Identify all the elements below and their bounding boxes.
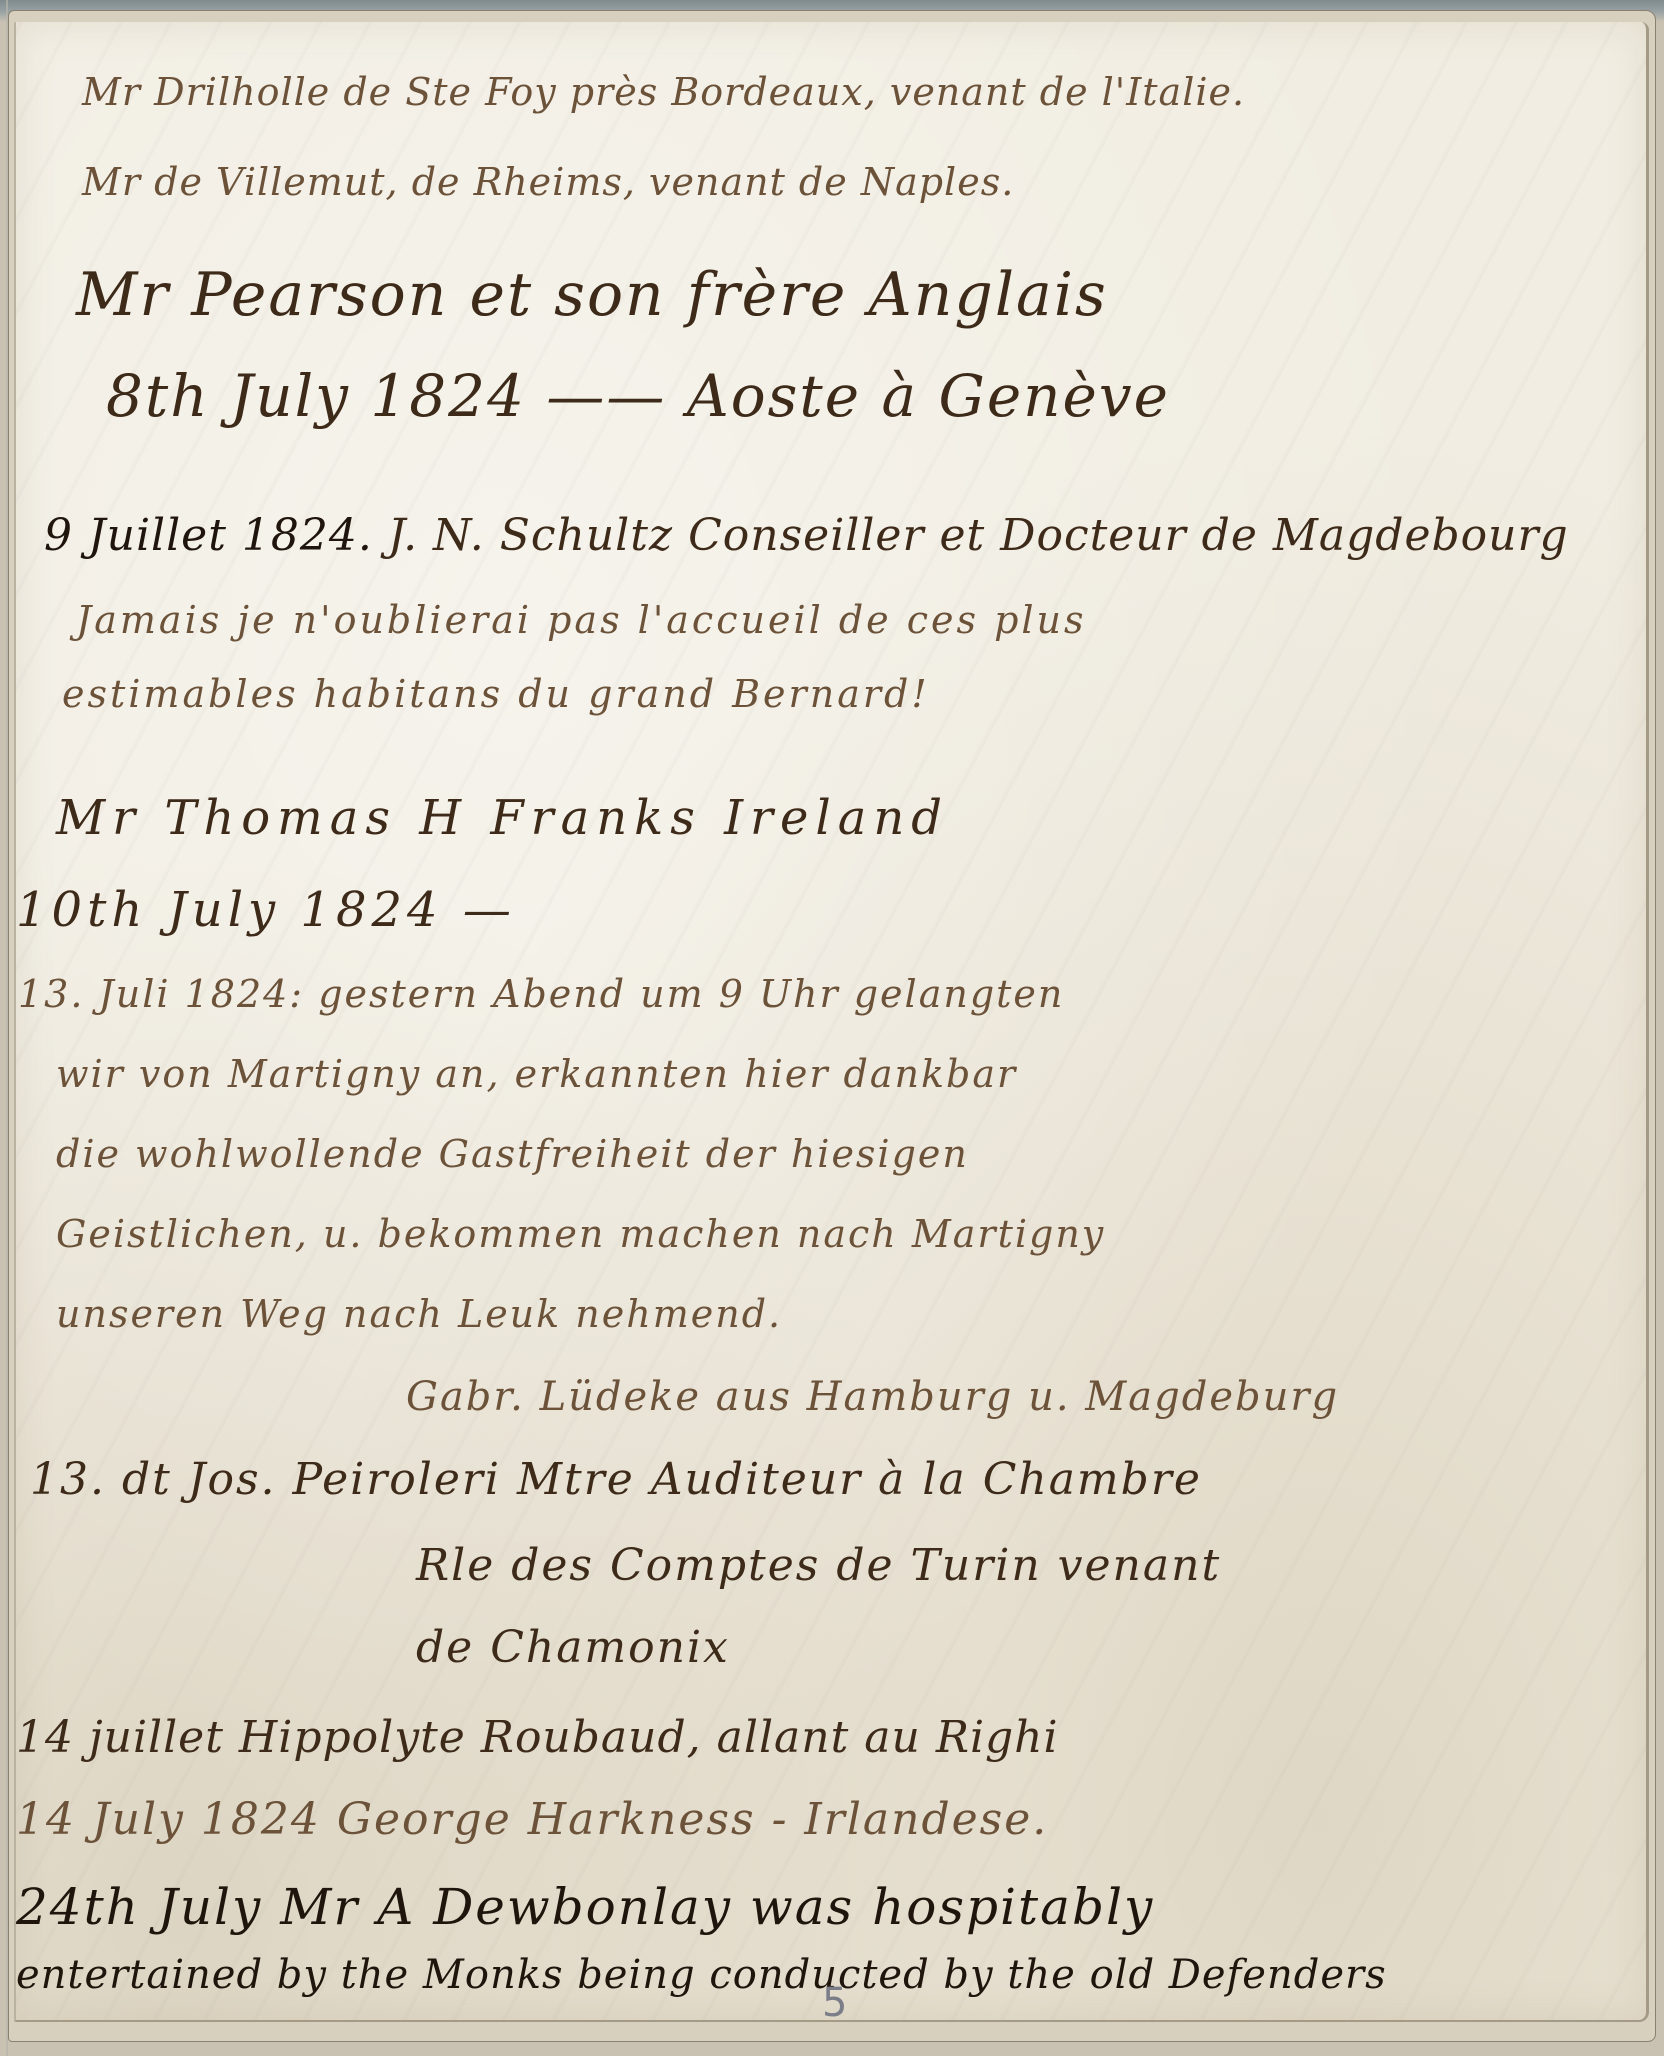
entry-text: Jamais je n'oublierai pas l'accueil de c…	[76, 598, 1087, 642]
entry-schultz-note-2: estimables habitans du grand Bernard!	[62, 672, 930, 716]
entry-text: Jos. Peiroleri Mtre Auditeur à la Chambr…	[188, 1454, 1202, 1505]
entry-text: Mr Drilholle de Ste Foy près Bordeaux, v…	[82, 70, 1245, 114]
entry-text: Gabr. Lüdeke aus Hamburg u. Magdeburg	[406, 1374, 1339, 1420]
page-number: 5	[822, 1980, 847, 2026]
entry-text: Rle des Comptes de Turin venant	[416, 1540, 1221, 1591]
entry-text: de Chamonix	[416, 1622, 730, 1673]
manuscript-scan: Mr Drilholle de Ste Foy près Bordeaux, v…	[0, 0, 1664, 2056]
entry-date: 13. Juli 1824:	[18, 972, 304, 1016]
entry-text: wir von Martigny an, erkannten hier dank…	[56, 1052, 1017, 1096]
entry-peiroleri-2: Rle des Comptes de Turin venant	[416, 1540, 1221, 1591]
entry-dewbonlay: 24th July Mr A Dewbonlay was hospitably	[16, 1878, 1154, 1936]
entry-schultz-note-1: Jamais je n'oublierai pas l'accueil de c…	[76, 598, 1087, 642]
entry-ludeke-1: 13. Juli 1824: gestern Abend um 9 Uhr ge…	[18, 972, 1064, 1016]
register-page: Mr Drilholle de Ste Foy près Bordeaux, v…	[14, 22, 1649, 2022]
entry-schultz: 9 Juillet 1824. J. N. Schultz Conseiller…	[44, 510, 1569, 561]
entry-text: Mr de Villemut, de Rheims, venant de Nap…	[82, 160, 1014, 204]
entry-text: Hippolyte Roubaud, allant au Righi	[239, 1712, 1059, 1763]
entry-text: Mr A Dewbonlay was hospitably	[280, 1878, 1154, 1936]
entry-ludeke-5: unseren Weg nach Leuk nehmend.	[56, 1292, 782, 1336]
entry-text: 10th July 1824 —	[16, 882, 516, 938]
entry-roubaud: 14 juillet Hippolyte Roubaud, allant au …	[16, 1712, 1059, 1763]
entry-ludeke-signature: Gabr. Lüdeke aus Hamburg u. Magdeburg	[406, 1374, 1339, 1420]
entry-text: entertained by the Monks being conducted…	[16, 1952, 1387, 1998]
entry-dewbonlay-2: entertained by the Monks being conducted…	[16, 1952, 1387, 1998]
entry-villemut: Mr de Villemut, de Rheims, venant de Nap…	[82, 160, 1014, 204]
entry-text: gestern Abend um 9 Uhr gelangten	[318, 972, 1064, 1016]
entry-text: J. N. Schultz Conseiller et Docteur de M…	[388, 510, 1569, 561]
entry-franks: Mr Thomas H Franks Ireland	[56, 790, 949, 846]
entry-pearson-date: 8th July 1824 —— Aoste à Genève	[106, 362, 1170, 430]
entry-harkness: 14 July 1824 George Harkness - Irlandese…	[16, 1794, 1048, 1845]
entry-text: Geistlichen, u. bekommen machen nach Mar…	[56, 1212, 1105, 1256]
entry-text: 8th July 1824 —— Aoste à Genève	[106, 362, 1170, 430]
entry-text: die wohlwollende Gastfreiheit der hiesig…	[56, 1132, 969, 1176]
entry-text: George Harkness - Irlandese.	[337, 1794, 1048, 1845]
entry-text: Mr Pearson et son frère Anglais	[76, 260, 1108, 330]
entry-date: 9 Juillet 1824.	[44, 510, 373, 561]
entry-text: Mr Thomas H Franks Ireland	[56, 790, 949, 846]
entry-franks-date: 10th July 1824 —	[16, 882, 516, 938]
entry-pearson: Mr Pearson et son frère Anglais	[76, 260, 1108, 330]
entry-text: unseren Weg nach Leuk nehmend.	[56, 1292, 782, 1336]
entry-peiroleri-3: de Chamonix	[416, 1622, 730, 1673]
entry-date: 14 July 1824	[16, 1794, 321, 1845]
entry-date: 13. dt	[30, 1454, 172, 1505]
entry-text: estimables habitans du grand Bernard!	[62, 672, 930, 716]
entry-ludeke-2: wir von Martigny an, erkannten hier dank…	[56, 1052, 1017, 1096]
entry-date: 14 juillet	[16, 1712, 224, 1763]
entry-ludeke-4: Geistlichen, u. bekommen machen nach Mar…	[56, 1212, 1105, 1256]
entry-ludeke-3: die wohlwollende Gastfreiheit der hiesig…	[56, 1132, 969, 1176]
entry-drilholle: Mr Drilholle de Ste Foy près Bordeaux, v…	[82, 70, 1245, 114]
entry-peiroleri: 13. dt Jos. Peiroleri Mtre Auditeur à la…	[30, 1454, 1202, 1505]
entry-date: 24th July	[16, 1878, 262, 1936]
